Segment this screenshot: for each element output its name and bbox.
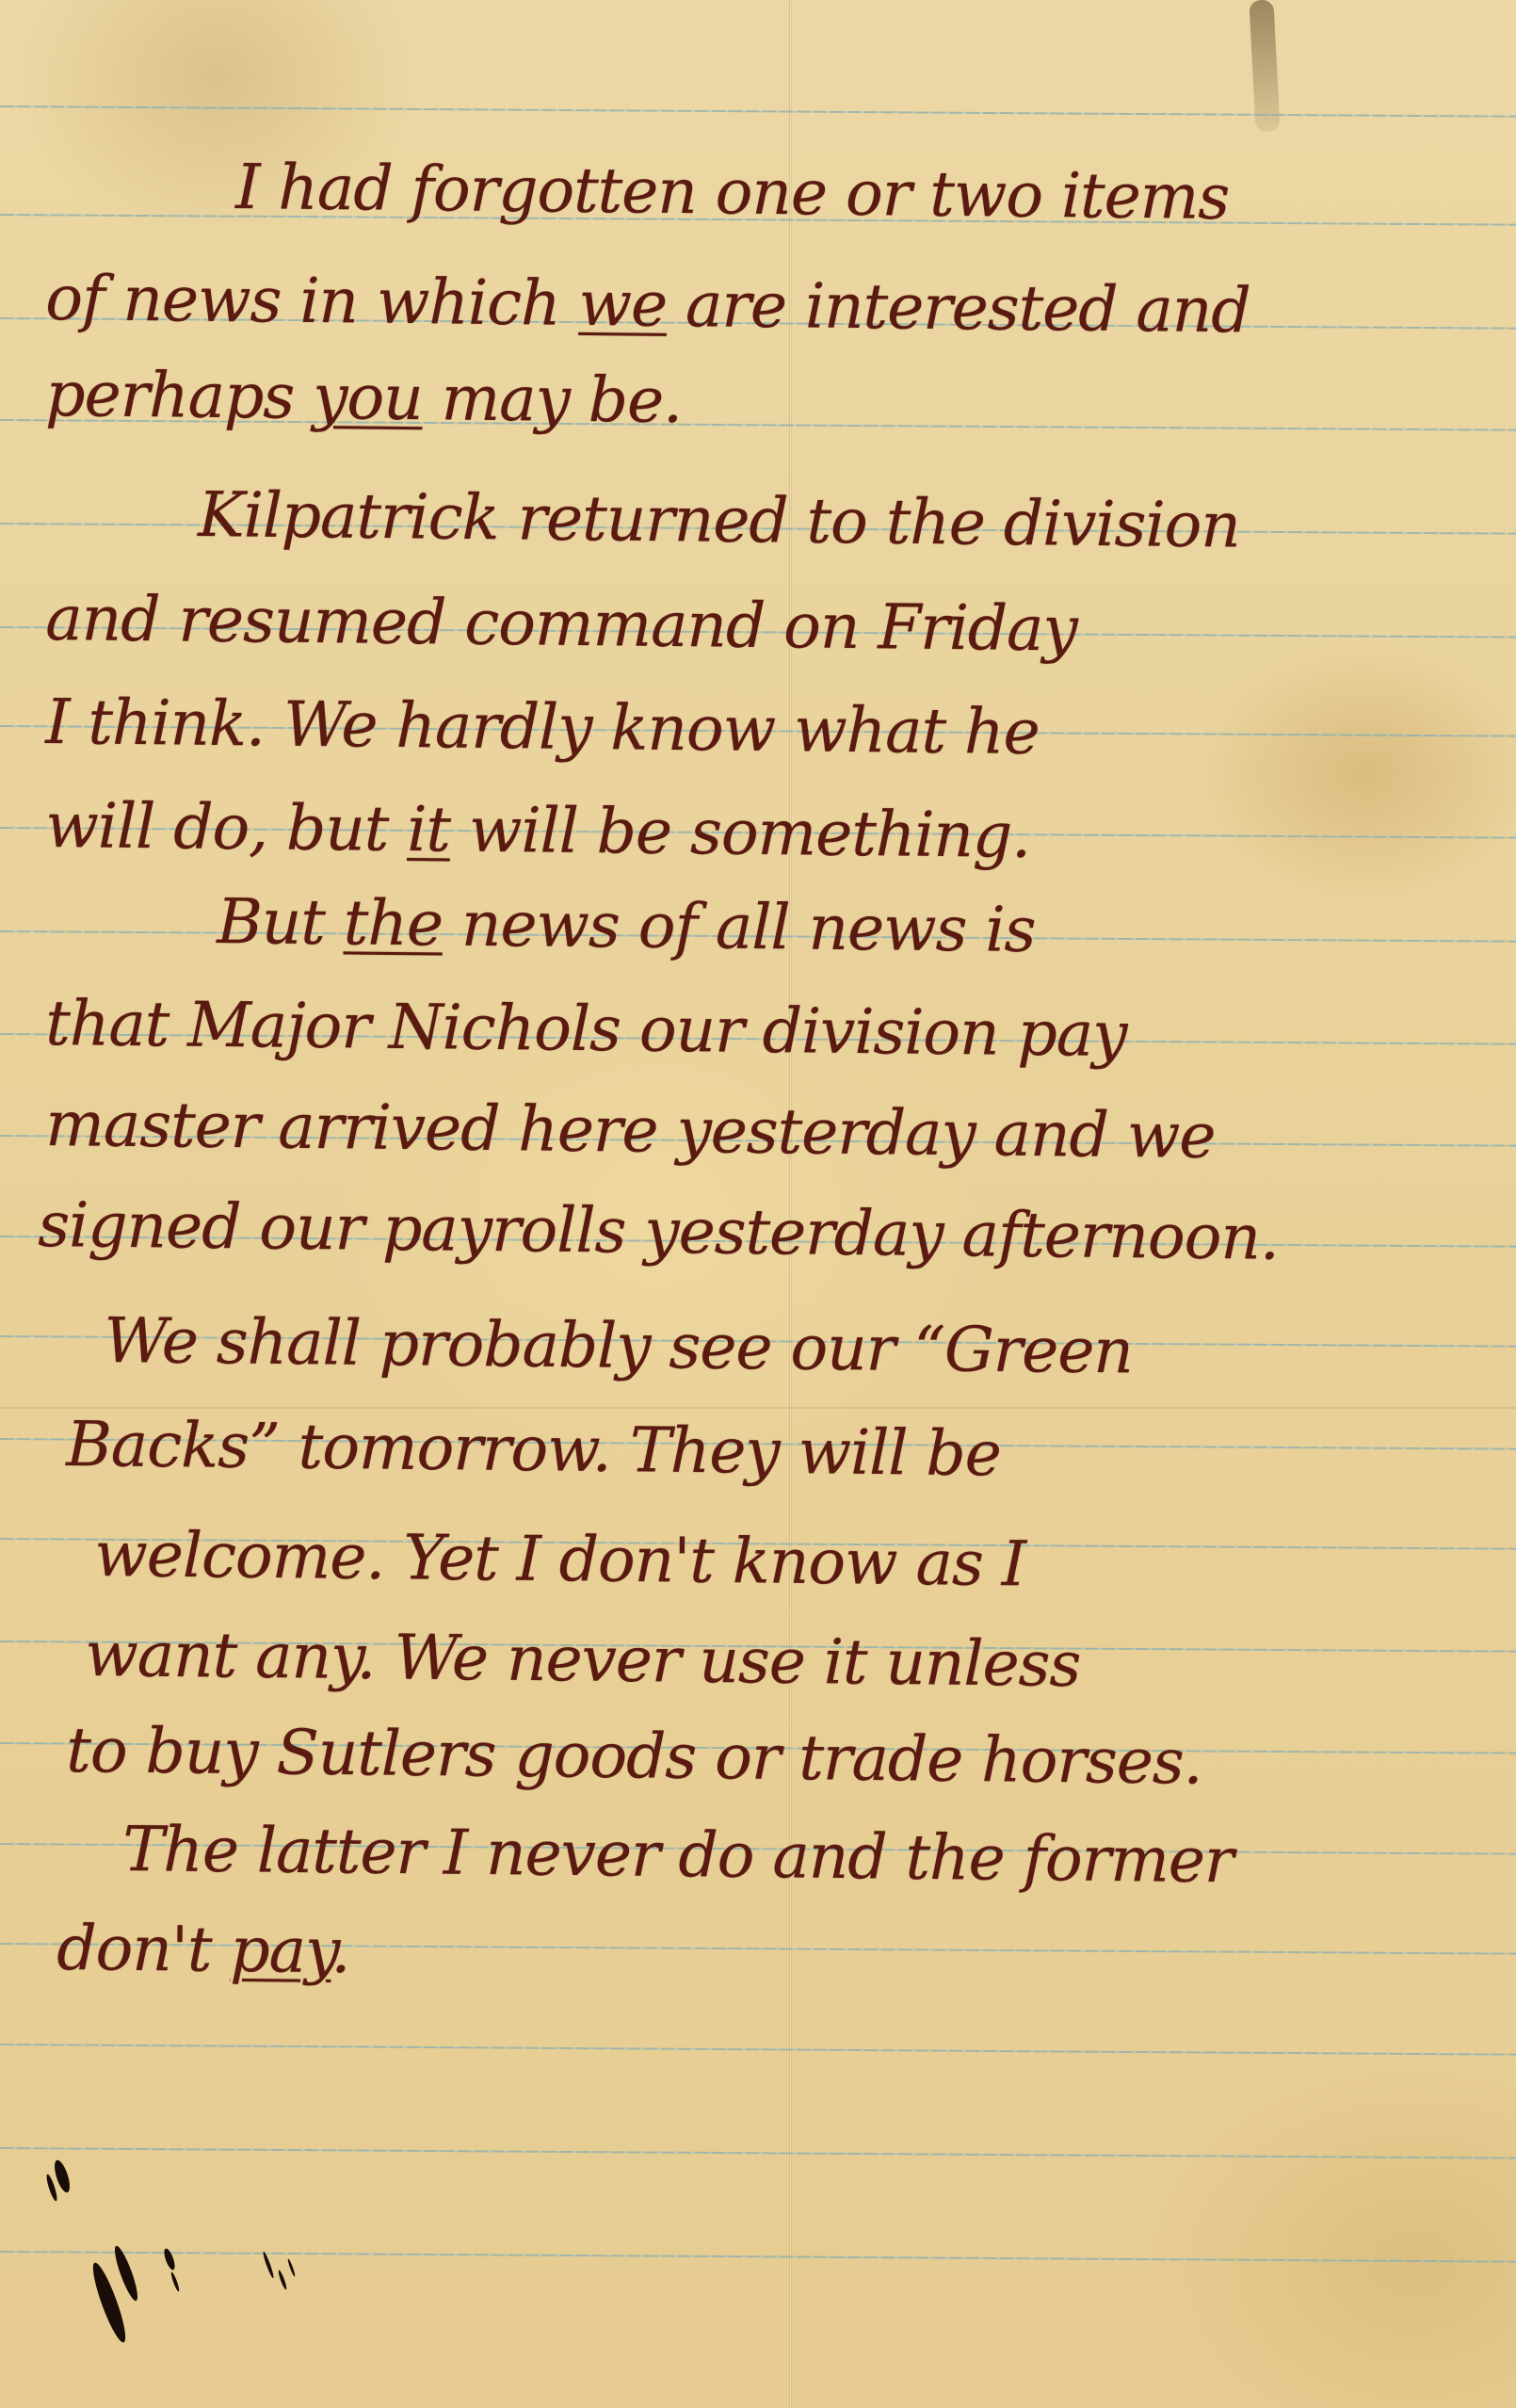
- letter-line: Kilpatrick returned to the division: [198, 478, 1240, 562]
- text-segment: will be something.: [450, 794, 1031, 872]
- underlined-word: it: [407, 793, 450, 865]
- letter-line: to buy Sutlers goods or trade horses.: [66, 1714, 1202, 1799]
- letter-line: perhaps you may be.: [45, 358, 683, 437]
- text-segment: want any. We never use it unless: [85, 1618, 1081, 1701]
- text-segment: will do, but: [45, 789, 408, 865]
- underlined-word: pay: [230, 1914, 331, 1987]
- letter-line: The latter I never do and the former: [122, 1813, 1234, 1897]
- text-segment: are interested and: [667, 268, 1250, 347]
- letter-line: But the news of all news is: [217, 885, 1036, 966]
- letter-line: master arrived here yesterday and we: [45, 1088, 1216, 1172]
- text-segment: master arrived here yesterday and we: [45, 1088, 1216, 1172]
- text-segment: to buy Sutlers goods or trade horses.: [66, 1714, 1202, 1799]
- text-segment: of news in which: [45, 262, 579, 340]
- letter-body: I had forgotten one or two items of news…: [0, 0, 1516, 2408]
- letter-line: don't pay.: [56, 1912, 350, 1987]
- text-segment: perhaps: [45, 358, 314, 433]
- text-segment: and resumed command on Friday: [45, 582, 1077, 665]
- letter-line: I think. We hardly know what he: [45, 686, 1040, 768]
- text-segment: don't: [56, 1912, 231, 1986]
- text-segment: We shall probably see our “Green: [104, 1304, 1133, 1387]
- text-segment: Backs” tomorrow. They will be: [66, 1408, 1001, 1490]
- text-segment: .: [331, 1915, 350, 1987]
- underlined-word: you: [313, 361, 423, 434]
- letter-line: I had forgotten one or two items: [235, 151, 1230, 234]
- text-segment: Kilpatrick returned to the division: [198, 478, 1240, 562]
- letter-line: and resumed command on Friday: [45, 582, 1077, 665]
- underlined-word: we: [578, 267, 667, 341]
- text-segment: The latter I never do and the former: [122, 1813, 1234, 1897]
- letter-line: signed our payrolls yesterday afternoon.: [38, 1188, 1279, 1274]
- text-segment: may be.: [422, 362, 682, 437]
- text-segment: I think. We hardly know what he: [45, 686, 1040, 768]
- letter-line: Backs” tomorrow. They will be: [66, 1408, 1001, 1490]
- text-segment: But: [217, 885, 344, 959]
- letter-page: I had forgotten one or two items of news…: [0, 0, 1516, 2408]
- letter-line: that Major Nichols our division pay: [45, 987, 1127, 1071]
- letter-line: of news in which we are interested and: [45, 262, 1250, 347]
- letter-line: want any. We never use it unless: [85, 1618, 1081, 1701]
- underlined-word: the: [344, 886, 444, 960]
- letter-line: We shall probably see our “Green: [104, 1304, 1133, 1387]
- text-segment: news of all news is: [443, 888, 1036, 967]
- letter-line: welcome. Yet I don't know as I: [94, 1518, 1025, 1600]
- text-segment: welcome. Yet I don't know as I: [94, 1518, 1025, 1600]
- text-segment: I had forgotten one or two items: [235, 151, 1230, 234]
- text-segment: signed our payrolls yesterday afternoon.: [38, 1188, 1279, 1274]
- text-segment: that Major Nichols our division pay: [45, 987, 1127, 1071]
- letter-line: will do, but it will be something.: [45, 789, 1031, 872]
